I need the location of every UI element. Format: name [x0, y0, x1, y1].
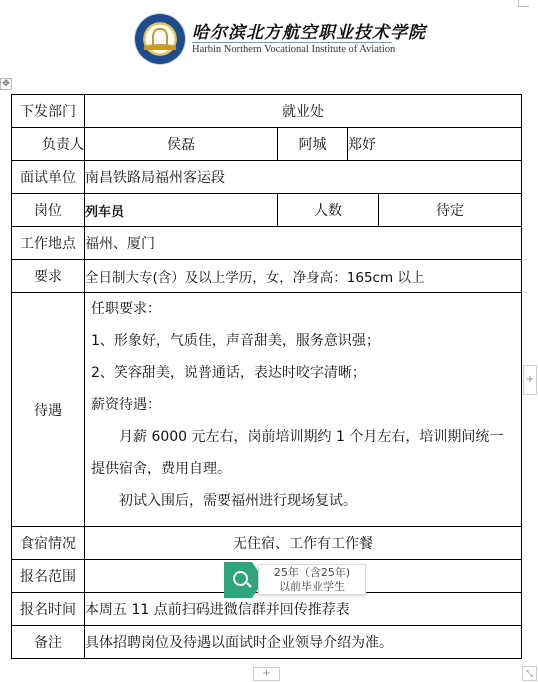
- seal-wing-icon: [144, 44, 176, 50]
- label-benefits[interactable]: 待遇: [12, 293, 85, 527]
- table-move-handle-icon[interactable]: ✥: [0, 78, 12, 90]
- school-name-divider: [192, 42, 392, 43]
- value-interview-unit[interactable]: 南昌铁路局福州客运段: [85, 161, 522, 194]
- value-department[interactable]: 就业处: [85, 95, 522, 128]
- value-requirement[interactable]: 全日制大专(含）及以上学历，女，净身高：165cm 以上: [85, 260, 522, 293]
- add-row-button[interactable]: +: [253, 667, 280, 681]
- label-requirement[interactable]: 要求: [12, 260, 85, 293]
- row-location: 工作地点 福州、厦门: [12, 227, 522, 260]
- row-position: 岗位 列车员 人数 待定: [12, 194, 522, 227]
- page-corner-mark: [518, 0, 529, 7]
- row-notes: 备注 具体招聘岗位及待遇以面试时企业领导介绍为准。: [12, 626, 522, 659]
- benefits-line: 月薪 6000 元左右，岗前培训期约 1 个月左右，培训期间统一提供宿舍，费用自…: [91, 429, 503, 477]
- school-seal-icon: [135, 14, 185, 64]
- benefits-line: 薪资待遇：: [85, 389, 521, 421]
- value-responsible-2[interactable]: 郑妤: [348, 128, 522, 161]
- label-location[interactable]: 工作地点: [12, 227, 85, 260]
- benefits-line: 任职要求：: [85, 293, 521, 325]
- school-logo-header: 哈尔滨北方航空职业技术学院 Harbin Northern Vocational…: [130, 12, 390, 68]
- row-accommodation: 食宿情况 无住宿、工作有工作餐: [12, 527, 522, 560]
- label-department[interactable]: 下发部门: [12, 95, 85, 128]
- value-headcount[interactable]: 待定: [379, 194, 522, 227]
- value-responsible[interactable]: 侯磊: [85, 128, 278, 161]
- label-responsible-2[interactable]: 阿城: [278, 128, 348, 161]
- benefits-line: 初试入围后，需要福州进行现场复试。: [119, 493, 357, 509]
- benefits-line-salary-wrap: 月薪 6000 元左右，岗前培训期约 1 个月左右，培训期间统一提供宿舍，费用自…: [85, 421, 521, 485]
- benefits-line-retest-wrap: 初试入围后，需要福州进行现场复试。: [85, 485, 521, 517]
- indent-spacer: [91, 429, 119, 445]
- row-benefits: 待遇 任职要求： 1、形象好，气质佳，声音甜美，服务意识强； 2、笑容甜美，说普…: [12, 293, 522, 527]
- value-benefits[interactable]: 任职要求： 1、形象好，气质佳，声音甜美，服务意识强； 2、笑容甜美，说普通话，…: [85, 293, 522, 527]
- label-interview-unit[interactable]: 面试单位: [12, 161, 85, 194]
- label-scope[interactable]: 报名范围: [12, 560, 85, 593]
- benefits-line: 2、笑容甜美，说普通话，表达时咬字清晰；: [85, 357, 521, 389]
- value-position[interactable]: 列车员: [85, 194, 278, 227]
- label-responsible[interactable]: 负责人: [12, 128, 85, 161]
- value-notes[interactable]: 具体招聘岗位及待遇以面试时企业领导介绍为准。: [85, 626, 522, 659]
- label-notes[interactable]: 备注: [12, 626, 85, 659]
- row-responsible: 负责人 侯磊 阿城 郑妤: [12, 128, 522, 161]
- popup-tooltip: 25年（含25年) 以前毕业学生: [258, 564, 366, 595]
- benefits-line: 1、形象好，气质佳，声音甜美，服务意识强；: [85, 325, 521, 357]
- indent-spacer: [91, 493, 119, 509]
- lookup-popup[interactable]: 25年（含25年) 以前毕业学生: [224, 562, 367, 598]
- row-interview-unit: 面试单位 南昌铁路局福州客运段: [12, 161, 522, 194]
- row-requirement: 要求 全日制大专(含）及以上学历，女，净身高：165cm 以上: [12, 260, 522, 293]
- label-headcount[interactable]: 人数: [278, 194, 379, 227]
- school-name-cn: 哈尔滨北方航空职业技术学院: [192, 18, 426, 43]
- add-column-button[interactable]: +: [523, 365, 537, 395]
- label-accommodation[interactable]: 食宿情况: [12, 527, 85, 560]
- search-icon: [233, 571, 248, 586]
- popup-line-1: 25年（含25年): [259, 566, 365, 580]
- popup-line-2: 以前毕业学生: [259, 580, 365, 594]
- value-location[interactable]: 福州、厦门: [85, 227, 522, 260]
- table-resize-handle-icon[interactable]: ⤡: [522, 666, 537, 681]
- row-department: 下发部门 就业处: [12, 95, 522, 128]
- label-position[interactable]: 岗位: [12, 194, 85, 227]
- school-name-en: Harbin Northern Vocational Institute of …: [192, 44, 395, 55]
- value-accommodation[interactable]: 无住宿、工作有工作餐: [85, 527, 522, 560]
- label-signup-time[interactable]: 报名时间: [12, 593, 85, 626]
